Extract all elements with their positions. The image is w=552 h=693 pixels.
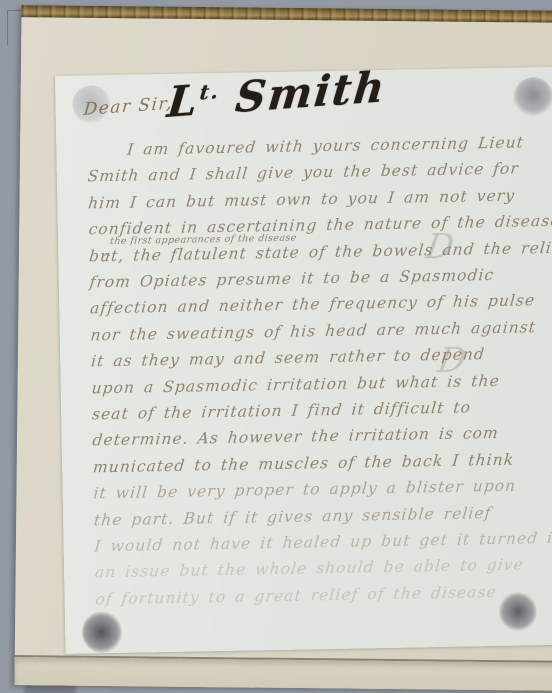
book-page-edges bbox=[21, 5, 552, 23]
manuscript-line: the part. But if it gives any sensible r… bbox=[93, 504, 492, 529]
manuscript-line: nor the sweatings of his head are much a… bbox=[90, 318, 537, 344]
adhesive-stain-bottom-right bbox=[499, 591, 538, 632]
manuscript-line: upon a Spasmodic irritation but what is … bbox=[91, 371, 501, 397]
manuscript-line: municated to the muscles of the back I t… bbox=[92, 450, 515, 476]
manuscript-line: an issue but the whole should be able to… bbox=[94, 556, 525, 582]
manuscript-line: it as they may and seem rather to depend bbox=[90, 345, 486, 370]
adhesive-stain-top-right bbox=[513, 77, 552, 118]
manuscript-line: affection and neither the frequency of h… bbox=[89, 292, 536, 318]
adhesive-stain-bottom-left bbox=[82, 611, 123, 654]
manuscript-line: Smith and I shall give you the best advi… bbox=[87, 160, 520, 186]
docket-name: Smith bbox=[233, 62, 388, 122]
manuscript-line: confident in ascertaining the nature of … bbox=[88, 212, 552, 239]
manuscript-line: seat of the irritation I find it difficu… bbox=[91, 398, 472, 423]
manuscript-line: of fortunity to a great relief of the di… bbox=[95, 583, 498, 608]
manuscript-line: determine. As however the irritation is … bbox=[92, 424, 500, 449]
letter-paper: Dear Sir, Lt. Smith ^ the first appearan… bbox=[55, 67, 552, 654]
manuscript-line: it will be very proper to apply a bliste… bbox=[93, 477, 518, 503]
manuscript-line: I am favoured with yours concerning Lieu… bbox=[126, 133, 525, 158]
manuscript-line: him I can but must own to you I am not v… bbox=[87, 186, 516, 212]
docket-superscript: t. bbox=[199, 79, 222, 105]
page-bottom-edge bbox=[14, 657, 552, 691]
manuscript-line: I would not have it healed up but get it… bbox=[94, 528, 552, 555]
photo-background: { "scene": { "description": "Photograph … bbox=[0, 0, 552, 693]
docket-prefix: L bbox=[165, 75, 202, 127]
manuscript-line: from Opiates presume it to be a Spasmodi… bbox=[89, 266, 495, 291]
